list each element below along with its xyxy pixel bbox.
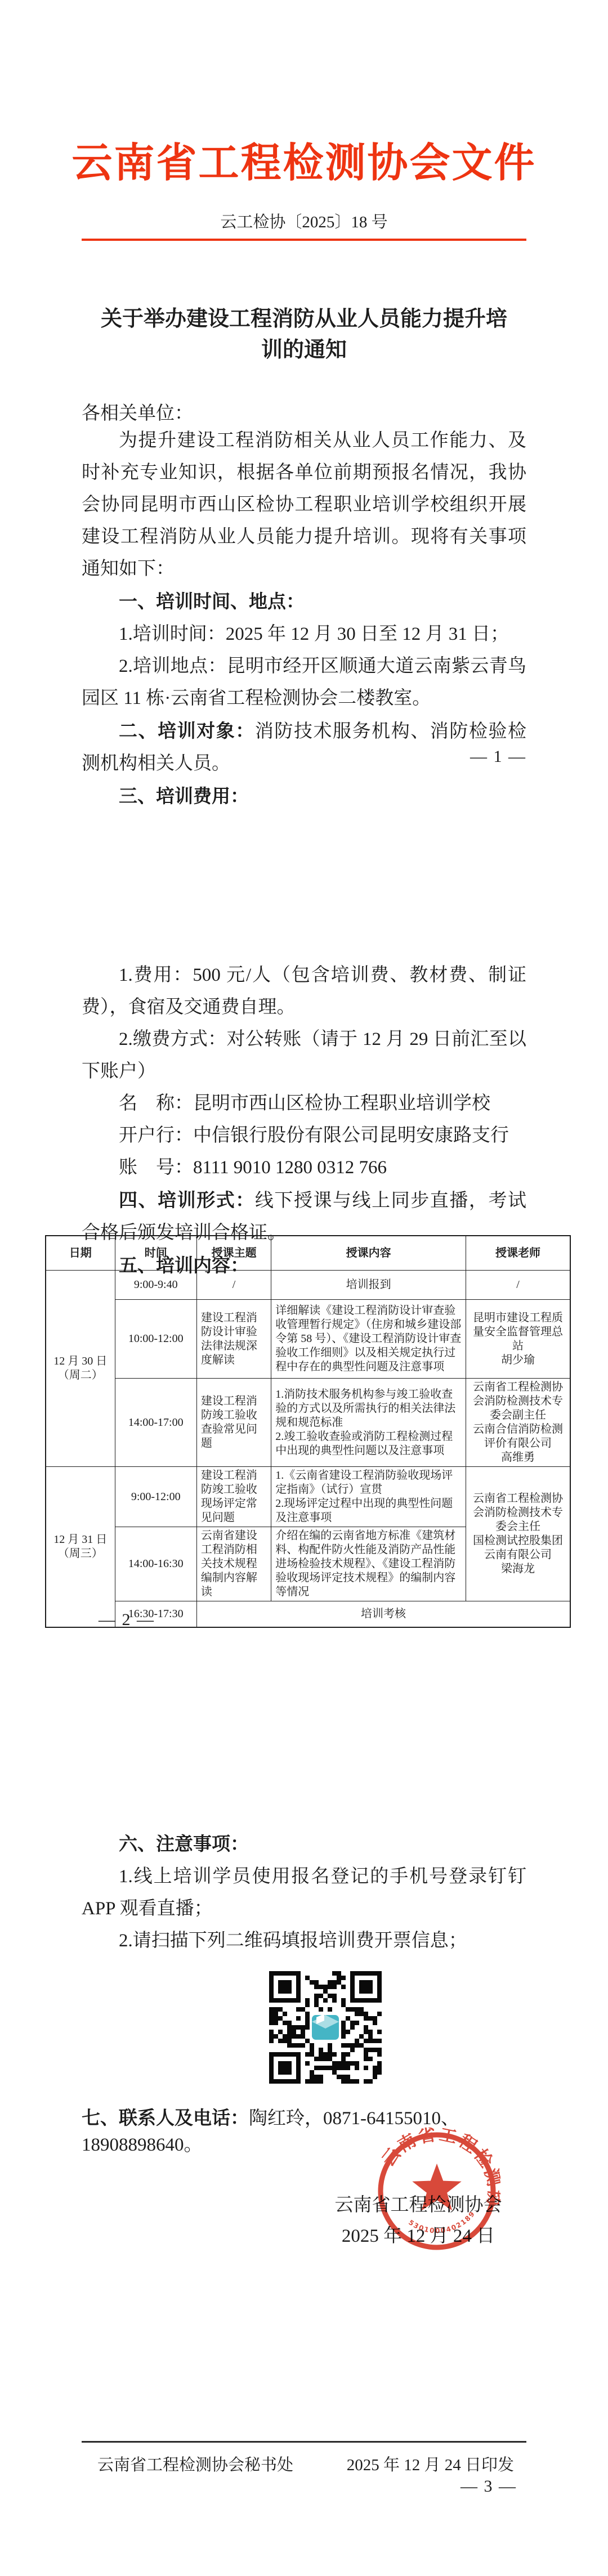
page-number-3: — 3 — — [461, 2477, 517, 2496]
col-header-time: 时间 — [115, 1236, 196, 1271]
section6-item2: 2.请扫描下列二维码填报培训费开票信息； — [82, 1925, 526, 1957]
contact-line: 七、联系人及电话：陶红玲，0871-64155010、18908898640。 — [82, 2103, 543, 2156]
page-number-1: — 1 — — [470, 747, 526, 766]
table-header-row: 日期 时间 授课主题 授课内容 授课老师 — [46, 1236, 570, 1271]
date-cell-day1: 12 月 30 日 （周二） — [46, 1271, 115, 1467]
red-divider-line — [82, 239, 526, 241]
table-row: 14:00-17:00 建设工程消防竣工验收查验常见问题 1.消防技术服务机构参… — [46, 1379, 570, 1467]
col-header-content: 授课内容 — [271, 1236, 466, 1271]
content-cell: 详细解读《建设工程消防设计审查验收管理暂行规定》（住房和城乡建设部令第 58 号… — [271, 1300, 466, 1379]
section3-heading: 三、培训费用： — [82, 780, 526, 813]
body-page2: 1.费用：500 元/人（包含培训费、教材费、制证费），食宿及交通费自理。 2.… — [82, 959, 526, 1282]
topic-cell: 建设工程消防竣工验收查验常见问题 — [196, 1379, 271, 1467]
footer-print-date: 2025 年 12 月 24 日印发 — [347, 2452, 526, 2475]
body-page3: 六、注意事项： 1.线上培训学员使用报名登记的手机号登录钉钉 APP 观看直播；… — [82, 1828, 526, 1957]
topic-cell: / — [196, 1271, 271, 1300]
content-cell: 介绍在编的云南省地方标准《建筑材料、构配件防火性能及消防产品性能进场检验技术规程… — [271, 1527, 466, 1601]
org-header-title: 云南省工程检测协会文件 — [0, 134, 608, 192]
body-page1: 为提升建设工程消防相关从业人员工作能力、及时补充专业知识，根据各单位前期预报名情… — [82, 425, 526, 813]
teacher-cell: / — [466, 1271, 570, 1300]
section6-heading: 六、注意事项： — [82, 1828, 526, 1861]
official-document-page: 云南省工程检测协会文件 云工检协〔2025〕18 号 关于举办建设工程消防从业人… — [0, 0, 608, 2576]
account-name-line: 名 称：昆明市西山区检协工程职业培训学校 — [82, 1088, 526, 1120]
col-header-topic: 授课主题 — [196, 1236, 271, 1271]
payment-item: 2.缴费方式：对公转账（请于 12 月 29 日前汇至以下账户） — [82, 1024, 526, 1088]
time-cell: 14:00-17:00 — [115, 1379, 196, 1467]
signature-date: 2025 年 12 月 24 日 — [325, 2221, 511, 2252]
section6-item1: 1.线上培训学员使用报名登记的手机号登录钉钉 APP 观看直播； — [82, 1861, 526, 1925]
signature-org: 云南省工程检测协会 — [325, 2190, 511, 2221]
training-schedule-table: 日期 时间 授课主题 授课内容 授课老师 12 月 30 日 （周二） 9:00… — [45, 1235, 571, 1628]
doc-number: 云工检协〔2025〕18 号 — [0, 209, 608, 232]
time-cell: 14:00-16:30 — [115, 1527, 196, 1601]
date-cell-day2: 12 月 31 日 （周三） — [46, 1467, 115, 1627]
intro-paragraph: 为提升建设工程消防相关从业人员工作能力、及时补充专业知识，根据各单位前期预报名情… — [82, 425, 526, 585]
teacher-cell: 云南省工程检测协会消防检测技术专委会主任 国检测试控股集团云南有限公司 梁海龙 — [466, 1467, 570, 1601]
content-cell: 1.《云南省建设工程消防验收现场评定指南》（试行）宣贯 2.现场评定过程中出现的… — [271, 1467, 466, 1527]
page-number-2: — 2 — — [99, 1610, 155, 1630]
table-row: 12 月 31 日 （周三） 9:00-12:00 建设工程消防竣工验收现场评定… — [46, 1467, 570, 1527]
qr-center-logo — [312, 2014, 339, 2040]
invoice-qr-code — [266, 1968, 385, 2095]
section2-line: 二、培训对象：消防技术服务机构、消防检验检测机构相关人员。 — [82, 715, 526, 780]
teacher-cell: 昆明市建设工程质量安全监督管理总站 胡少瑜 — [466, 1300, 570, 1379]
qr-code-image — [266, 1968, 385, 2095]
section1-item2: 2.培训地点：昆明市经开区顺通大道云南紫云青鸟园区 11 栋·云南省工程检测协会… — [82, 650, 526, 715]
table-row: 12 月 30 日 （周二） 9:00-9:40 / 培训报到 / — [46, 1271, 570, 1300]
fee-item: 1.费用：500 元/人（包含培训费、教材费、制证费），食宿及交通费自理。 — [82, 959, 526, 1024]
teacher-cell: 云南省工程检测协会消防检测技术专委会副主任 云南合信消防检测评价有限公司 高维勇 — [466, 1379, 570, 1467]
time-cell: 9:00-12:00 — [115, 1467, 196, 1527]
footer-row: 云南省工程检测协会秘书处 2025 年 12 月 24 日印发 — [82, 2452, 526, 2475]
section1-heading: 一、培训时间、地点： — [82, 585, 526, 618]
salutation: 各相关单位： — [82, 398, 526, 425]
account-number-line: 账 号：8111 9010 1280 0312 766 — [82, 1152, 526, 1184]
content-cell: 1.消防技术服务机构参与竣工验收查验的方式以及所需执行的相关法律法规和规范标准 … — [271, 1379, 466, 1467]
col-header-teacher: 授课老师 — [466, 1236, 570, 1271]
time-cell: 10:00-12:00 — [115, 1300, 196, 1379]
footer-divider-line — [82, 2441, 526, 2443]
topic-cell: 建设工程消防设计审验法律法规深度解读 — [196, 1300, 271, 1379]
exam-cell: 培训考核 — [196, 1601, 570, 1627]
signature-block: 云南省工程检测协会 2025 年 12 月 24 日 — [325, 2190, 511, 2252]
table-row: 10:00-12:00 建设工程消防设计审验法律法规深度解读 详细解读《建设工程… — [46, 1300, 570, 1379]
topic-cell: 云南省建设工程消防相关技术规程编制内容解读 — [196, 1527, 271, 1601]
content-cell: 培训报到 — [271, 1271, 466, 1300]
col-header-date: 日期 — [46, 1236, 115, 1271]
section1-item1: 1.培训时间：2025 年 12 月 30 日至 12 月 31 日； — [82, 618, 526, 650]
time-cell: 9:00-9:40 — [115, 1271, 196, 1300]
bank-line: 开户行：中信银行股份有限公司昆明安康路支行 — [82, 1120, 526, 1152]
footer-issuer: 云南省工程检测协会秘书处 — [82, 2452, 293, 2475]
topic-cell: 建设工程消防竣工验收现场评定常见问题 — [196, 1467, 271, 1527]
document-title: 关于举办建设工程消防从业人员能力提升培训的通知 — [96, 304, 512, 366]
